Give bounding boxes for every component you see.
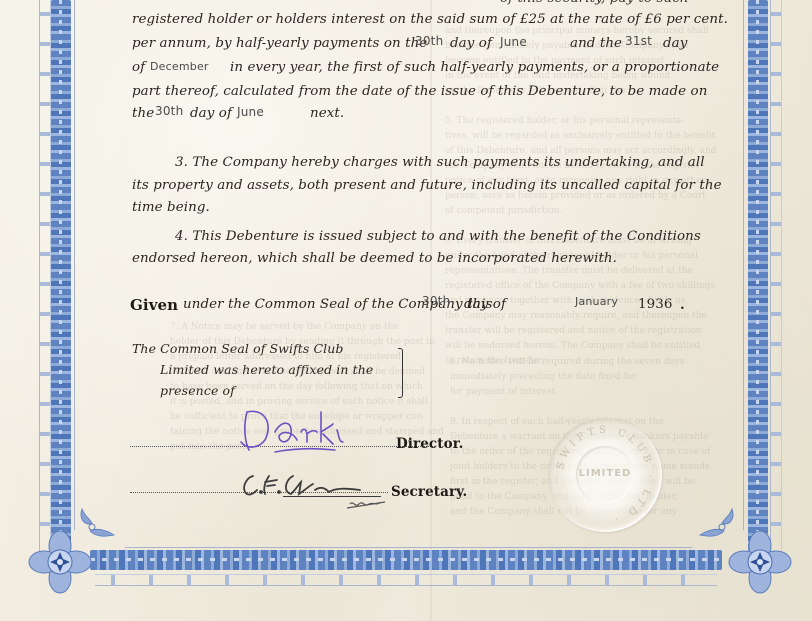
handwritten-second-day: 31st xyxy=(625,34,652,48)
para2-day-of-2: day of xyxy=(190,106,232,121)
bottom-border-band xyxy=(90,550,722,570)
right-border-rule xyxy=(743,0,744,530)
bottom-border-rule xyxy=(125,547,692,548)
para2-day: day xyxy=(663,36,687,51)
secretary-signature-icon xyxy=(235,468,395,518)
flourish-icon-left xyxy=(76,505,116,545)
bottom-border-decoration xyxy=(95,574,717,586)
left-border-decoration xyxy=(39,0,51,551)
secretary-label: Secretary. xyxy=(391,484,467,500)
left-border-rule xyxy=(74,0,75,530)
para3-line-3: time being. xyxy=(132,200,210,215)
handwritten-payment-month: June xyxy=(237,105,264,119)
given-period: . xyxy=(680,297,685,313)
right-border-decoration xyxy=(770,0,782,551)
handwritten-first-month: June xyxy=(500,35,527,49)
para2-day-of: day of xyxy=(450,36,492,51)
seal-clause-line-2: Limited was hereto affixed in the xyxy=(160,362,373,377)
para3-line-1: 3. The Company hereby charges with such … xyxy=(175,155,705,170)
right-border-band xyxy=(748,0,768,561)
para4-line-2: endorsed hereon, which shall be deemed t… xyxy=(132,251,617,266)
embossed-seal: SWIFTS CLUB · LTD · LIMITED xyxy=(548,418,662,532)
seal-center-text: LIMITED xyxy=(548,468,662,479)
seal-clause-line-1: The Common Seal of Swifts Club xyxy=(132,341,344,356)
para4-line-1: 4. This Debenture is issued subject to a… xyxy=(175,229,701,244)
handwritten-given-month: January xyxy=(575,295,618,308)
handwritten-payment-day: 30th xyxy=(155,104,183,118)
director-signature-icon xyxy=(235,402,350,457)
para2-line-2a: per annum, by half-yearly payments on th… xyxy=(132,36,427,51)
para2-and-the: and the xyxy=(570,36,622,51)
para2-the: the xyxy=(132,106,154,121)
para2-next: next. xyxy=(310,106,344,121)
handwritten-second-month: December xyxy=(150,60,209,73)
handwritten-first-day: 30th xyxy=(415,34,443,48)
para2-line-1: registered holder or holders interest on… xyxy=(132,12,728,27)
flourish-icon-right xyxy=(698,505,738,545)
para2-line-3: in every year, the first of such half-ye… xyxy=(230,60,719,75)
given-day-of: day of xyxy=(464,297,506,312)
director-label: Director. xyxy=(396,436,463,452)
left-border-band xyxy=(51,0,71,561)
handwritten-given-day: 30th xyxy=(422,294,450,308)
reverse-bleed-through: and thereupon the principal moneys hereb… xyxy=(445,24,717,369)
para3-line-2: its property and assets, both present an… xyxy=(132,178,722,193)
para2-line-4: part thereof, calculated from the date o… xyxy=(132,84,707,99)
seal-clause-bracket xyxy=(398,348,403,398)
para2-of: of xyxy=(132,60,145,75)
seal-clause-line-3: presence of xyxy=(160,383,235,398)
partial-top-line: of this security, pay to such xyxy=(500,0,689,6)
given-blackletter: Given xyxy=(130,296,178,314)
given-year: 1936 xyxy=(638,297,672,312)
